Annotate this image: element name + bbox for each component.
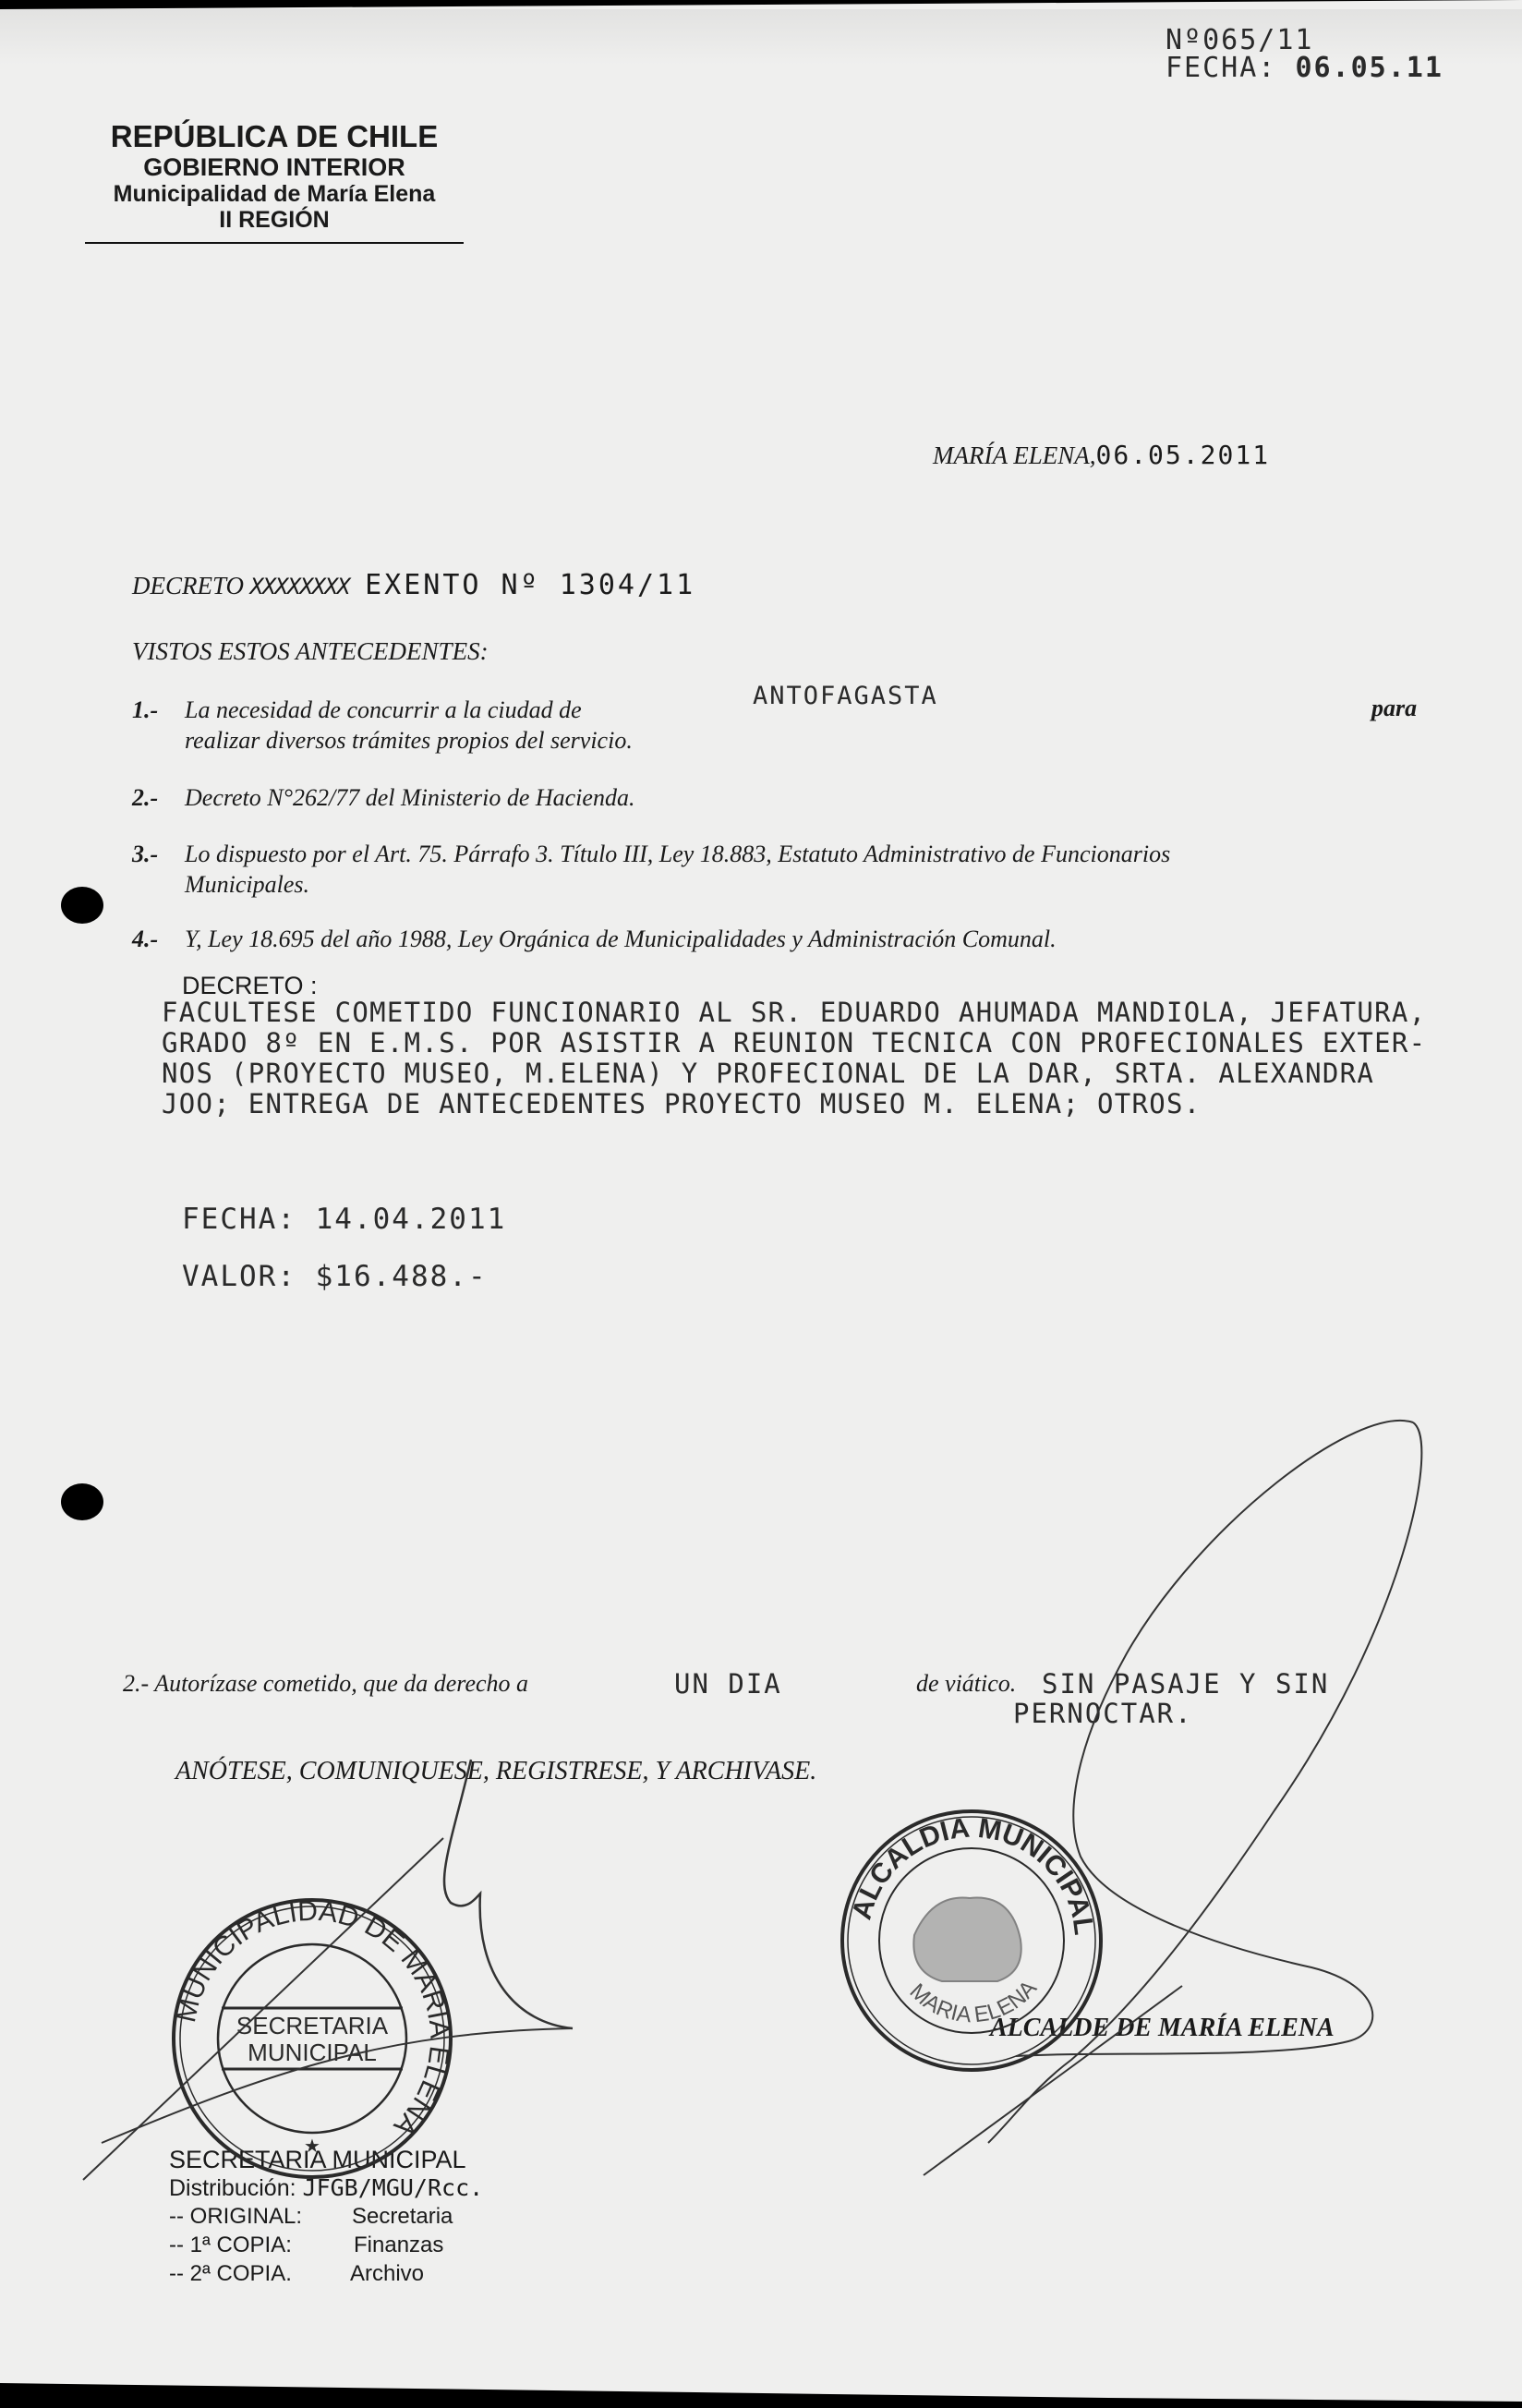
stamps-and-signatures: MUNICIPALIDAD DE MARIA ELENA SECRETARIA … — [0, 0, 1522, 2408]
secretaria-stamp: MUNICIPALIDAD DE MARIA ELENA SECRETARIA … — [171, 1896, 454, 2177]
secretary-signature — [83, 1760, 573, 2180]
svg-text:★: ★ — [304, 2136, 320, 2157]
secretaria-center-1: SECRETARIA — [236, 2012, 389, 2039]
document-page: Nº065/11 FECHA: 06.05.11 REPÚBLICA DE CH… — [0, 0, 1522, 2408]
secretaria-center-2: MUNICIPAL — [248, 2039, 377, 2066]
alcaldia-stamp: ALCALDIA MUNICIPAL MARIA ELENA — [842, 1811, 1101, 2070]
